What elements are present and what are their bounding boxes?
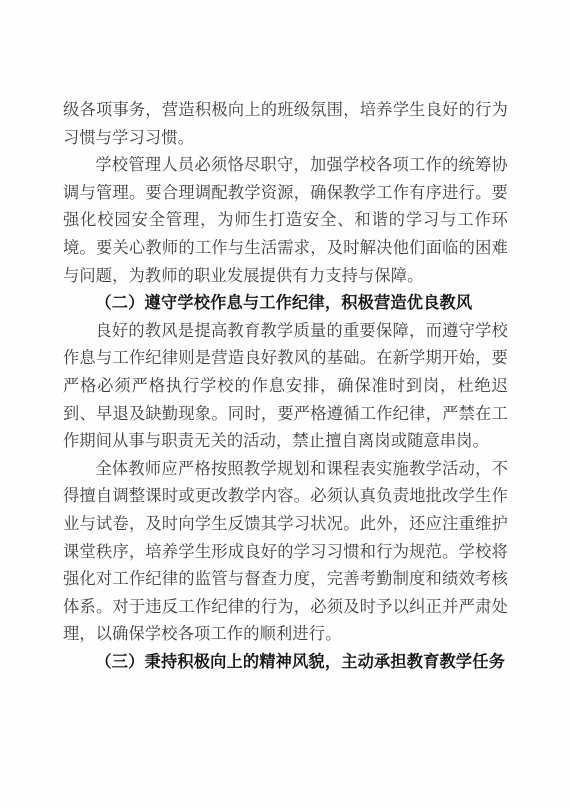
document-body: 级各项事务，营造积极向上的班级氛围，培养学生良好的行为习惯与学习习惯。 学校管理… [63, 97, 508, 676]
paragraph-teaching-requirements: 全体教师应严格按照教学规划和课程表实施教学活动，不得擅自调整课时或更改教学内容。… [63, 456, 508, 649]
section-heading-3: （三）秉持积极向上的精神风貌，主动承担教育教学任务 [63, 649, 508, 677]
paragraph-work-discipline: 良好的教风是提高教育教学质量的重要保障，而遵守学校作息与工作纪律则是营造良好教风… [63, 318, 508, 456]
paragraph-management-duties: 学校管理人员必须恪尽职守，加强学校各项工作的统筹协调与管理。要合理调配教学资源，… [63, 152, 508, 290]
section-heading-2: （二）遵守学校作息与工作纪律，积极营造优良教风 [63, 290, 508, 318]
document-page: 级各项事务，营造积极向上的班级氛围，培养学生良好的行为习惯与学习习惯。 学校管理… [0, 0, 570, 807]
paragraph-continuation: 级各项事务，营造积极向上的班级氛围，培养学生良好的行为习惯与学习习惯。 [63, 97, 508, 152]
